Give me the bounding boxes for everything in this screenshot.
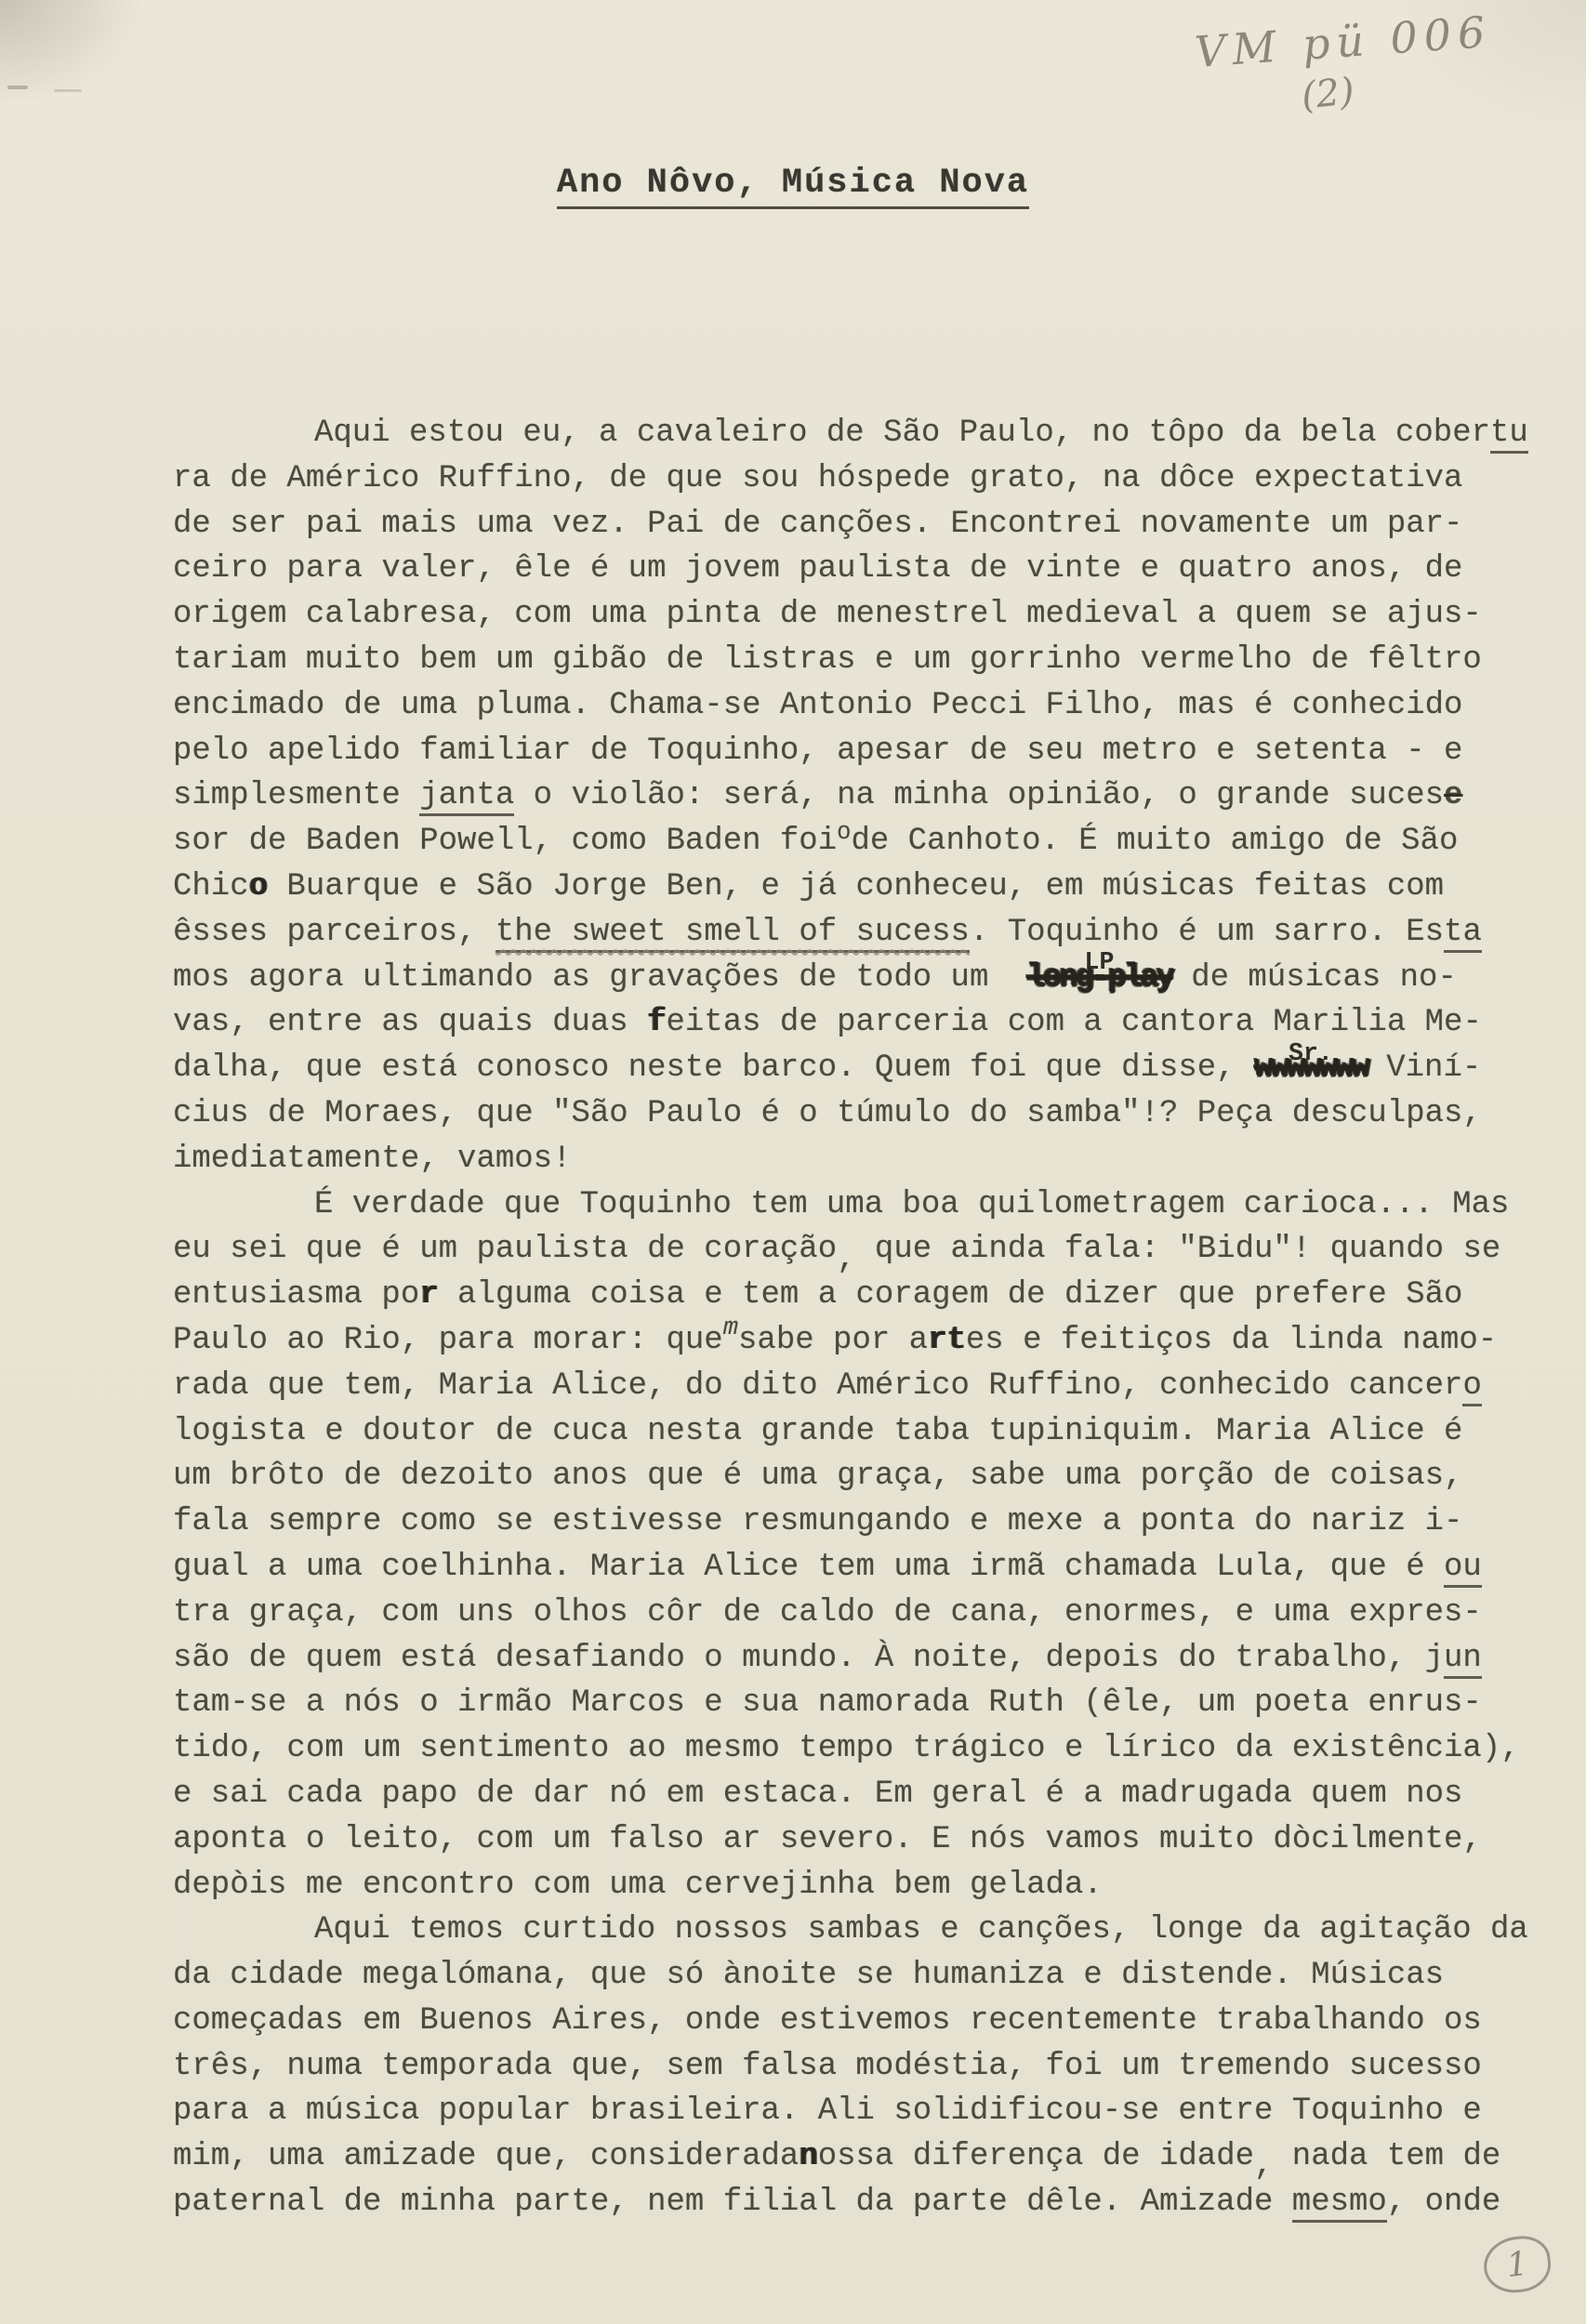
typescript-page: VM pü 006 (2) Ano Nôvo, Música Nova Aqui…	[0, 0, 1586, 2324]
text-segment-suphand: m	[723, 1314, 738, 1342]
text-segment: vas, entre as quais duas	[173, 1005, 647, 1040]
text-segment-u: tu	[1490, 416, 1528, 454]
text-segment-u: janta	[419, 778, 514, 816]
text-segment-u: un	[1444, 1641, 1482, 1679]
text-segment-overtype: rt	[928, 1323, 966, 1358]
text-segment-overtype: r	[419, 1277, 438, 1313]
text-segment: Buarque e São Jorge Ben, e já conheceu, …	[268, 869, 1444, 905]
text-line: de ser pai mais uma vez. Pai de canções.…	[173, 502, 1493, 548]
text-line: entusiasma por alguma coisa e tem a cora…	[173, 1273, 1493, 1318]
text-segment: aponta o leito, com um falso ar severo. …	[173, 1822, 1482, 1857]
text-segment: encimado de uma pluma. Chama-se Antonio …	[173, 688, 1462, 723]
text-line: cius de Moraes, que "São Paulo é o túmul…	[173, 1091, 1493, 1137]
text-segment: . Toquinho é um sarro. Es	[970, 915, 1444, 950]
text-line: tam-se a nós o irmão Marcos e sua namora…	[173, 1681, 1493, 1726]
handwritten-note: VM pü 006	[1194, 7, 1493, 77]
text-segment: para a música popular brasileira. Ali so…	[173, 2093, 1482, 2129]
text-segment: , onde	[1387, 2185, 1500, 2220]
text-segment: nada tem de	[1273, 2139, 1500, 2174]
text-segment: que ainda fala: "Bidu"! quando se	[856, 1232, 1501, 1267]
page-number: 1	[1504, 2244, 1529, 2284]
text-segment: entusiasma po	[173, 1277, 419, 1313]
text-line: Aqui temos curtido nossos sambas e cançõ…	[173, 1908, 1493, 1953]
text-line: origem calabresa, com uma pinta de menes…	[173, 592, 1493, 638]
text-segment: ossa diferença de idade	[818, 2139, 1254, 2174]
text-segment-sup: o	[837, 819, 851, 846]
text-segment-overtype: f	[647, 1005, 666, 1040]
text-segment: dalha, que está conosco neste barco. Que…	[173, 1050, 1254, 1086]
text-line: Chico Buarque e São Jorge Ben, e já conh…	[173, 865, 1493, 910]
text-segment: depòis me encontro com uma cervejinha be…	[173, 1868, 1103, 1903]
text-segment-subhand: ,	[1254, 2148, 1273, 2184]
text-segment: paternal de minha parte, nem filial da p…	[173, 2185, 1292, 2220]
text-line: três, numa temporada que, sem falsa modé…	[173, 2044, 1493, 2090]
text-line: Paulo ao Rio, para morar: quemsabe por a…	[173, 1318, 1493, 1364]
text-line: tariam muito bem um gibão de listras e u…	[173, 638, 1493, 683]
text-segment: começadas em Buenos Aires, onde estivemo…	[173, 2003, 1482, 2039]
text-segment-scribble: long-playLP	[1026, 960, 1172, 996]
text-line: eu sei que é um paulista de coração, que…	[173, 1227, 1493, 1273]
text-segment: fala sempre como se estivesse resmungand…	[173, 1504, 1462, 1539]
text-line: paternal de minha parte, nem filial da p…	[173, 2180, 1493, 2225]
text-segment: ceiro para valer, êle é um jovem paulist…	[173, 551, 1462, 587]
text-segment: de ser pai mais uma vez. Pai de canções.…	[173, 507, 1462, 542]
text-line: mos agora ultimando as gravações de todo…	[173, 956, 1493, 1001]
text-segment: eu sei que é um paulista de coração	[173, 1232, 837, 1267]
text-segment: Aqui temos curtido nossos sambas e cançõ…	[314, 1912, 1528, 1948]
text-line: gual a uma coelhinha. Maria Alice tem um…	[173, 1545, 1493, 1591]
text-segment: sabe por a	[738, 1323, 928, 1358]
text-segment-u: ou	[1444, 1550, 1482, 1588]
correction-label: LP	[1085, 940, 1115, 985]
text-segment: de músicas no-	[1172, 960, 1457, 996]
text-line: simplesmente janta o violão: será, na mi…	[173, 773, 1493, 819]
text-segment-u: mesmo	[1292, 2185, 1387, 2223]
text-segment-scribble: wwwwwwwSr.	[1254, 1050, 1368, 1086]
correction-label: Sr.	[1289, 1031, 1333, 1076]
text-line: encimado de uma pluma. Chama-se Antonio …	[173, 683, 1493, 729]
text-segment: tam-se a nós o irmão Marcos e sua namora…	[173, 1685, 1482, 1721]
text-segment-overtype: o	[249, 869, 268, 905]
document-body: Aqui estou eu, a cavaleiro de São Paulo,…	[173, 411, 1493, 2225]
smudge-mark	[54, 89, 82, 92]
text-segment: três, numa temporada que, sem falsa modé…	[173, 2049, 1482, 2084]
text-line: depòis me encontro com uma cervejinha be…	[173, 1863, 1493, 1908]
text-segment: rada que tem, Maria Alice, do dito Améri…	[173, 1368, 1462, 1404]
text-segment: mim, uma amizade que, considerada	[173, 2139, 799, 2174]
text-segment-overtype: n	[799, 2139, 817, 2174]
text-line: É verdade que Toquinho tem uma boa quilo…	[173, 1182, 1493, 1228]
text-segment: tariam muito bem um gibão de listras e u…	[173, 642, 1482, 678]
text-line: da cidade megalómana, que só ànoite se h…	[173, 1953, 1493, 1999]
text-segment: cius de Moraes, que "São Paulo é o túmul…	[173, 1096, 1482, 1131]
text-segment-subhand: ,	[837, 1242, 855, 1277]
text-segment: simplesmente	[173, 778, 419, 813]
text-line: imediatamente, vamos!	[173, 1137, 1493, 1182]
text-segment: pelo apelido familiar de Toquinho, apesa…	[173, 733, 1462, 769]
text-line: começadas em Buenos Aires, onde estivemo…	[173, 1999, 1493, 2044]
text-segment: o violão: será, na minha opinião, o gran…	[514, 778, 1444, 813]
text-segment: um brôto de dezoito anos que é uma graça…	[173, 1459, 1462, 1494]
text-segment: sor de Baden Powell, como Baden foi	[173, 824, 837, 859]
text-line: tido, com um sentimento ao mesmo tempo t…	[173, 1726, 1493, 1772]
text-line: ceiro para valer, êle é um jovem paulist…	[173, 547, 1493, 592]
page-title: Ano Nôvo, Música Nova	[557, 164, 1029, 209]
text-line: êsses parceiros, the sweet smell of suce…	[173, 910, 1493, 956]
page-number-badge: 1	[1481, 2233, 1553, 2295]
text-segment: gual a uma coelhinha. Maria Alice tem um…	[173, 1550, 1444, 1585]
text-segment: da cidade megalómana, que só ànoite se h…	[173, 1958, 1444, 1993]
text-segment: ra de Américo Ruffino, de que sou hósped…	[173, 461, 1462, 496]
text-line: aponta o leito, com um falso ar severo. …	[173, 1817, 1493, 1863]
text-segment: tra graça, com uns olhos côr de caldo de…	[173, 1595, 1482, 1631]
text-line: ra de Américo Ruffino, de que sou hósped…	[173, 456, 1493, 502]
text-segment: são de quem está desafiando o mundo. À n…	[173, 1641, 1444, 1676]
text-line: dalha, que está conosco neste barco. Que…	[173, 1046, 1493, 1091]
text-segment-u: ta	[1444, 915, 1482, 953]
smudge-mark	[7, 86, 28, 89]
text-segment: É verdade que Toquinho tem uma boa quilo…	[314, 1187, 1509, 1222]
text-line: mim, uma amizade que, consideradanossa d…	[173, 2134, 1493, 2180]
text-segment: Chic	[173, 869, 249, 905]
text-segment: mos agora ultimando as gravações de todo…	[173, 960, 1026, 996]
handwritten-note-secondary: (2)	[1300, 70, 1356, 118]
text-segment: tido, com um sentimento ao mesmo tempo t…	[173, 1731, 1520, 1766]
text-segment: alguma coisa e tem a coragem de dizer qu…	[439, 1277, 1463, 1313]
text-line: sor de Baden Powell, como Baden foiode C…	[173, 819, 1493, 865]
text-line: rada que tem, Maria Alice, do dito Améri…	[173, 1364, 1493, 1409]
text-segment: e sai cada papo de dar nó em estaca. Em …	[173, 1776, 1462, 1812]
text-line: Aqui estou eu, a cavaleiro de São Paulo,…	[173, 411, 1493, 456]
text-line: tra graça, com uns olhos côr de caldo de…	[173, 1591, 1493, 1636]
text-segment: imediatamente, vamos!	[173, 1142, 571, 1177]
text-segment: eitas de parceria com a cantora Marilia …	[667, 1005, 1482, 1040]
text-segment-u: o	[1462, 1368, 1481, 1406]
text-line: e sai cada papo de dar nó em estaca. Em …	[173, 1772, 1493, 1817]
text-segment: êsses parceiros,	[173, 915, 496, 950]
text-segment: Aqui estou eu, a cavaleiro de São Paulo,…	[314, 416, 1490, 451]
text-segment: logista e doutor de cuca nesta grande ta…	[173, 1414, 1462, 1449]
text-line: um brôto de dezoito anos que é uma graça…	[173, 1454, 1493, 1499]
text-segment: de Canhoto. É muito amigo de São	[851, 824, 1458, 859]
text-segment: Viní-	[1368, 1050, 1481, 1086]
text-segment: Paulo ao Rio, para morar: que	[173, 1323, 723, 1358]
text-segment: origem calabresa, com uma pinta de menes…	[173, 597, 1482, 632]
text-segment-uw: the sweet smell of sucess	[496, 915, 970, 953]
text-line: pelo apelido familiar de Toquinho, apesa…	[173, 729, 1493, 774]
text-line: logista e doutor de cuca nesta grande ta…	[173, 1409, 1493, 1455]
text-line: fala sempre como se estivesse resmungand…	[173, 1499, 1493, 1545]
text-line: para a música popular brasileira. Ali so…	[173, 2089, 1493, 2134]
text-line: são de quem está desafiando o mundo. À n…	[173, 1636, 1493, 1682]
text-segment-strike: e	[1444, 778, 1462, 813]
text-segment: es e feitiços da linda namo-	[966, 1323, 1497, 1358]
